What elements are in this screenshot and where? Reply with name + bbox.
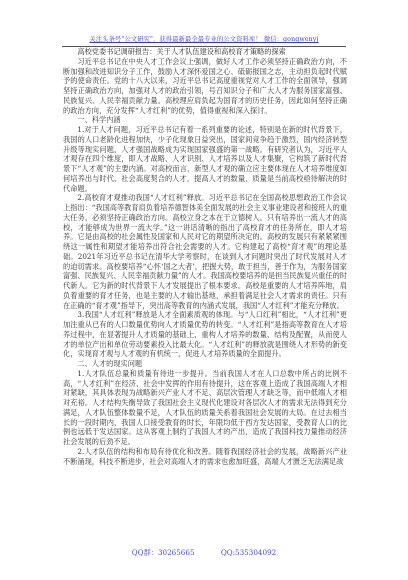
paragraph-1-3: 3.我国“人才红利”释放是人才全面素质观的体现。与“人口红利”相比，“人才红利”…: [63, 310, 347, 359]
section-heading-1: 一、科学内涵: [63, 115, 347, 125]
paragraph-1-2: 2.高校育才观推动我国“人才红利”释放。习近平总书记在全国高校思想政治工作会议上…: [63, 193, 347, 310]
qq-group-number: QQ群：30265665: [132, 548, 195, 557]
header-banner-link[interactable]: 关注头条号"公文研究"，获得最新最全最专业的公文资料库！ 微信：gongweny…: [89, 36, 318, 43]
section-heading-2: 二、人才的现实问题: [63, 359, 347, 369]
paragraph-intro: 习近平总书记在中央人才工作会议上强调，做好人才工作必须坚持正确政治方向，不断加强…: [63, 57, 347, 116]
qq-number: QQ:535304092: [221, 548, 276, 557]
paragraph-2-1: 1.人才队伍总量和质量有待进一步提升。当前我国人才在人口总数中所占的比例不高，“…: [63, 369, 347, 447]
header-banner[interactable]: 关注头条号"公文研究"，获得最新最全最专业的公文资料库！ 微信：gongweny…: [62, 26, 346, 47]
paragraph-2-2: 2.人才队伍的结构和布局有待优化和改善。随着我国经济社会的发展，战略新兴产业不断…: [63, 447, 347, 467]
footer-contact: QQ群：30265665 QQ:535304092: [0, 548, 408, 558]
document-title: 高校党委书记调研报告：关于人才队伍建设和高校育才策略的探索: [63, 47, 347, 57]
paragraph-1-1: 1.对于人才问题，习近平总书记有着一系列重要的论述，特别是在新的时代背景下，我国…: [63, 125, 347, 193]
document-body: 高校党委书记调研报告：关于人才队伍建设和高校育才策略的探索 习近平总书记在中央人…: [63, 47, 347, 466]
